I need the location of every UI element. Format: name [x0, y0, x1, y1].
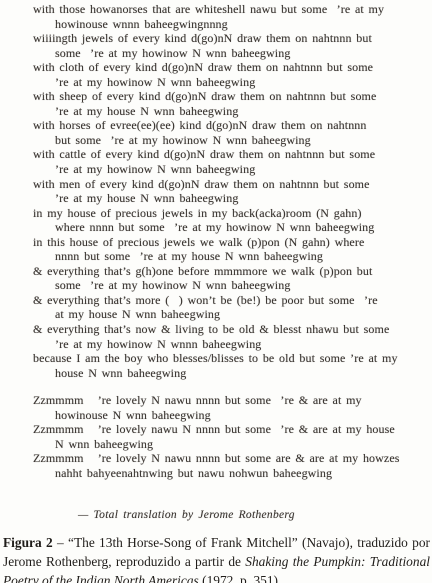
figure-caption: Figura 2 – “The 13th Horse-Song of Frank…: [3, 533, 430, 583]
poem-line: ’re at my house N wnn baheegwing: [33, 104, 418, 119]
poem-line: with horses of evree(ee)(ee) kind d(go)n…: [33, 118, 418, 133]
poem-line: because I am the boy who blesses/blisses…: [33, 351, 418, 366]
poem-line: nnnn but some ’re at my house N wnn bahe…: [33, 249, 418, 264]
poem-line: ’re at my howinow N wnn baheegwing: [33, 75, 418, 90]
poem-line: with sheep of every kind d(go)nN draw th…: [33, 89, 418, 104]
poem-line: Zzmmmm ’re lovely nawu N nnnn but some ’…: [33, 422, 418, 437]
poem-line: ’re at my howinow N wnnn baheegwing: [33, 337, 418, 352]
poem-line: howinouse N wnn baheegwing: [33, 408, 418, 423]
figure-scan: with those howanorses that are whiteshel…: [33, 2, 418, 521]
poem-line: & everything that’s g(h)one before mmmmo…: [33, 264, 418, 279]
poem-line: house N wnn baheegwing: [33, 366, 418, 381]
poem-line: in my house of precious jewels in my bac…: [33, 206, 418, 221]
caption-segment: Figura 2: [3, 535, 53, 550]
poem-line: howinouse wnnn baheegwingnnng: [33, 17, 418, 32]
poem-line: at my house N wnn baheegwing: [33, 307, 418, 322]
poem-line: & everything that’s more ( ) won’t be (b…: [33, 293, 418, 308]
poem-stanza-main: with those howanorses that are whiteshel…: [33, 2, 418, 380]
poem-line: ’re at my howinow N wnn baheegwing: [33, 162, 418, 177]
poem-line: with men of every kind d(go)nN draw them…: [33, 177, 418, 192]
poem-line: but some ’re at my howinow N wnn baheegw…: [33, 133, 418, 148]
caption-segment: (1972, p. 351).: [202, 573, 281, 583]
poem-line: wiiiingth jewels of every kind d(go)nN d…: [33, 31, 418, 46]
poem-line: & everything that’s now & living to be o…: [33, 322, 418, 337]
poem-line: in this house of precious jewels we walk…: [33, 235, 418, 250]
poem-line: some ’re at my howinow N wnn baheegwing: [33, 46, 418, 61]
poem-stanza-coda: Zzmmmm ’re lovely N nawu nnnn but some ’…: [33, 393, 418, 480]
poem-line: nahht bahyeenahtnwing but nawu nohwun ba…: [33, 466, 418, 481]
poem-line: ’re at my house N wnn baheegwing: [33, 191, 418, 206]
poem-line: where nnnn but some ’re at my howinow N …: [33, 220, 418, 235]
poem-line: with cattle of every kind d(go)nN draw t…: [33, 147, 418, 162]
poem-line: Zzmmmm ’re lovely N nawu nnnn but some a…: [33, 451, 418, 466]
poem-line: with those howanorses that are whiteshel…: [33, 2, 418, 17]
translation-attribution: — Total translation by Jerome Rothenberg: [78, 509, 418, 521]
poem-line: Zzmmmm ’re lovely N nawu nnnn but some ’…: [33, 393, 418, 408]
poem-line: with cloth of every kind d(go)nN draw th…: [33, 60, 418, 75]
poem-line: N wnn baheegwing: [33, 437, 418, 452]
article-page: with those howanorses that are whiteshel…: [0, 0, 432, 583]
poem-line: some ’re at my howinow N wnn baheegwing: [33, 278, 418, 293]
